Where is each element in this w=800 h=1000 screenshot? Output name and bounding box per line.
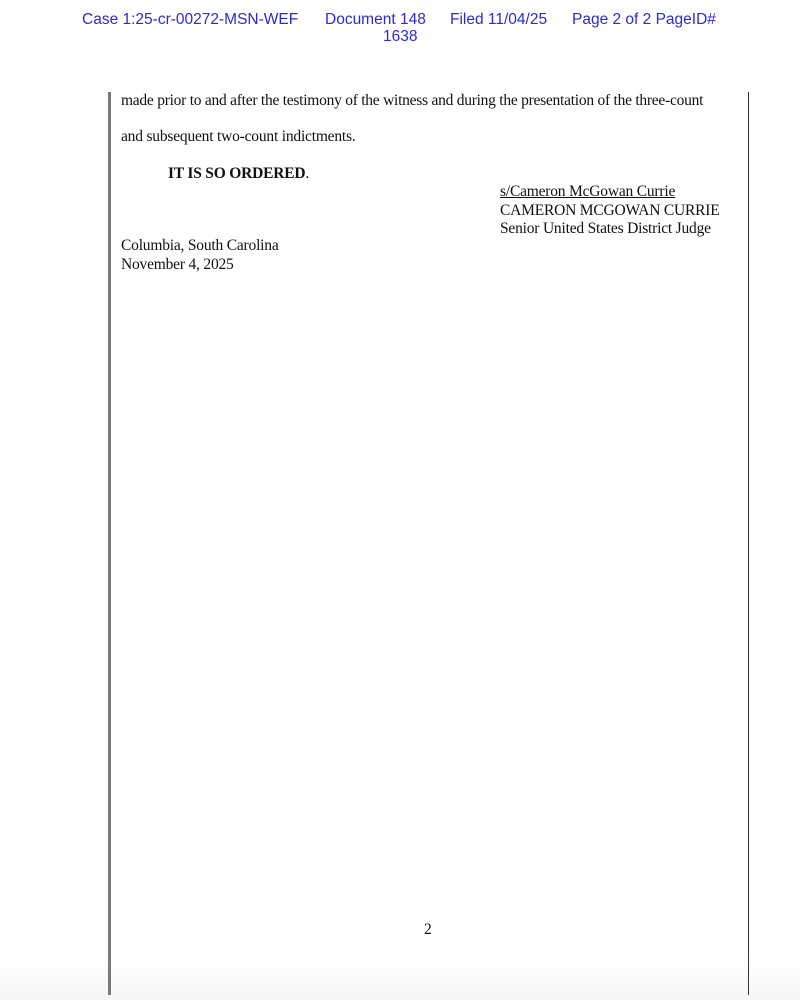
signature-block: s/Cameron McGowan Currie CAMERON MCGOWAN… — [500, 183, 720, 239]
right-margin-rule — [748, 92, 749, 995]
place: Columbia, South Carolina — [121, 237, 279, 256]
filed-date: Filed 11/04/25 — [450, 11, 547, 28]
page-count: Page 2 of 2 PageID# — [572, 11, 716, 28]
page-id: 1638 — [383, 28, 417, 45]
paragraph-line-2: and subsequent two-count indictments. — [121, 128, 356, 146]
place-date-block: Columbia, South Carolina November 4, 202… — [121, 237, 279, 274]
order-statement: IT IS SO ORDERED. — [168, 165, 309, 183]
electronic-signature: s/Cameron McGowan Currie — [500, 183, 720, 202]
date: November 4, 2025 — [121, 256, 279, 275]
judge-title: Senior United States District Judge — [500, 220, 720, 239]
order-statement-text: IT IS SO ORDERED — [168, 165, 305, 182]
left-margin-rule — [108, 92, 111, 995]
case-number: Case 1:25-cr-00272-MSN-WEF — [82, 11, 298, 28]
page-number: 2 — [424, 921, 432, 939]
document-number: Document 148 — [325, 11, 426, 28]
paragraph-line-1: made prior to and after the testimony of… — [121, 92, 703, 110]
judge-name: CAMERON MCGOWAN CURRIE — [500, 202, 720, 221]
order-statement-period: . — [305, 165, 309, 182]
